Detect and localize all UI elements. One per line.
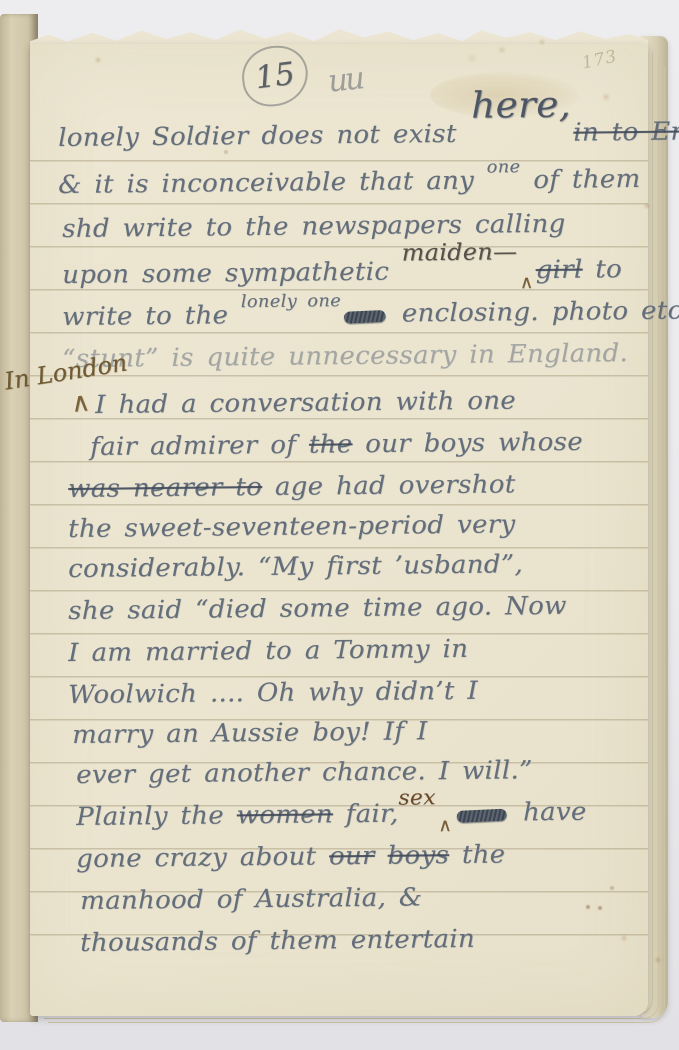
insertion-caret: ∧: [70, 387, 92, 419]
handwritten-text: [375, 841, 388, 870]
handwritten-text: to: [582, 254, 622, 283]
handwritten-text: of them: [520, 164, 640, 194]
handwritten-text: considerably. “My first ’usband”,: [68, 549, 523, 583]
manuscript-line: I am married to a Tommy in: [68, 632, 468, 670]
manuscript-line: gone crazy about our boys the: [76, 838, 506, 876]
scribbled-out-word: [457, 809, 507, 823]
manuscript-line: she said “died some time ago. Now: [68, 589, 567, 628]
manuscript-line: lonely Soldier does not exist here,in to…: [58, 111, 679, 155]
struck-text: boys: [387, 840, 449, 870]
inserted-word: one: [487, 150, 521, 184]
handwritten-text: Plainly the: [76, 800, 237, 831]
manuscript-line: considerably. “My first ’usband”,: [68, 547, 523, 586]
handwritten-text: our boys whose: [352, 427, 583, 458]
handwritten-text: “stunt” is quite unnecessary in England.: [62, 338, 628, 373]
manuscript-line: & it is inconceivable that any one of th…: [58, 162, 641, 205]
handwritten-text: upon some sympathetic: [62, 256, 402, 289]
manuscript-line: marry an Aussie boy! If I: [72, 714, 428, 752]
manuscript-line: “stunt” is quite unnecessary in England.: [62, 336, 628, 376]
handwritten-text: thousands of them entertain: [80, 924, 475, 957]
handwritten-text: ever get another chance. I will.”: [76, 755, 533, 789]
struck-text: girl: [535, 255, 582, 284]
handwritten-text: have: [510, 797, 587, 827]
pencil-scribble: uu: [326, 60, 364, 99]
inserted-word: sex: [398, 780, 436, 814]
handwritten-text: fair admirer of: [90, 430, 309, 461]
struck-text: the: [309, 429, 353, 458]
manuscript-line: manhood of Australia, &: [80, 880, 422, 918]
inserted-word: here,: [471, 89, 571, 124]
handwritten-text: & it is inconceivable that any: [58, 166, 487, 199]
handwritten-text: I am married to a Tommy in: [68, 634, 468, 667]
manuscript-line: the sweet-seventeen-period very: [68, 507, 516, 546]
handwritten-text: write to the: [62, 300, 241, 331]
handwritten-text: fair,: [333, 799, 399, 829]
foxing-spots: [0, 0, 4, 4]
manuscript-line: thousands of them entertain: [80, 922, 475, 960]
struck-text: was nearer to: [68, 472, 262, 503]
handwritten-text: I had a conversation with one: [95, 386, 516, 419]
handwritten-text: the: [449, 840, 506, 870]
page-number-text: 15: [253, 56, 297, 97]
scribbled-out-word: [344, 310, 386, 324]
handwritten-text: she said “died some time ago. Now: [68, 591, 567, 625]
manuscript-line: was nearer to age had overshot: [68, 467, 516, 506]
page-number-circled: 15: [239, 42, 312, 110]
handwritten-text: marry an Aussie boy! If I: [72, 716, 428, 749]
manuscript-line: Woolwich .... Oh why didn’t I: [68, 674, 478, 712]
manuscript-line: write to the lonely one enclosing. photo…: [62, 293, 679, 337]
handwritten-text: age had overshot: [262, 469, 516, 501]
manuscript-page: 15 uu 173 lonely Soldier does not exist …: [30, 44, 648, 1016]
handwritten-text: the sweet-seventeen-period very: [68, 509, 516, 543]
struck-text: our: [329, 841, 375, 870]
handwritten-text: lonely Soldier does not exist: [58, 119, 469, 152]
manuscript-photo: 15 uu 173 lonely Soldier does not exist …: [0, 0, 679, 1050]
manuscript-line: upon some sympathetic maiden—∧girl to: [62, 252, 622, 295]
inserted-word: maiden—: [401, 235, 517, 270]
struck-text: in to England: [573, 116, 679, 147]
handwritten-text: manhood of Australia, &: [80, 882, 422, 915]
struck-text: women: [237, 799, 334, 829]
manuscript-line: Plainly the women fair,sex∧ have: [76, 795, 587, 837]
manuscript-line: ever get another chance. I will.”: [76, 753, 533, 792]
handwritten-text: Woolwich .... Oh why didn’t I: [68, 676, 478, 709]
handwritten-text: gone crazy about: [76, 841, 329, 873]
manuscript-line: fair admirer of the our boys whose: [90, 425, 583, 464]
handwritten-text: enclosing. photo etc. That: [389, 295, 679, 328]
corner-page-number: 173: [580, 47, 619, 74]
manuscript-line: I had a conversation with one: [95, 384, 516, 422]
inserted-word: lonely one: [241, 284, 342, 319]
